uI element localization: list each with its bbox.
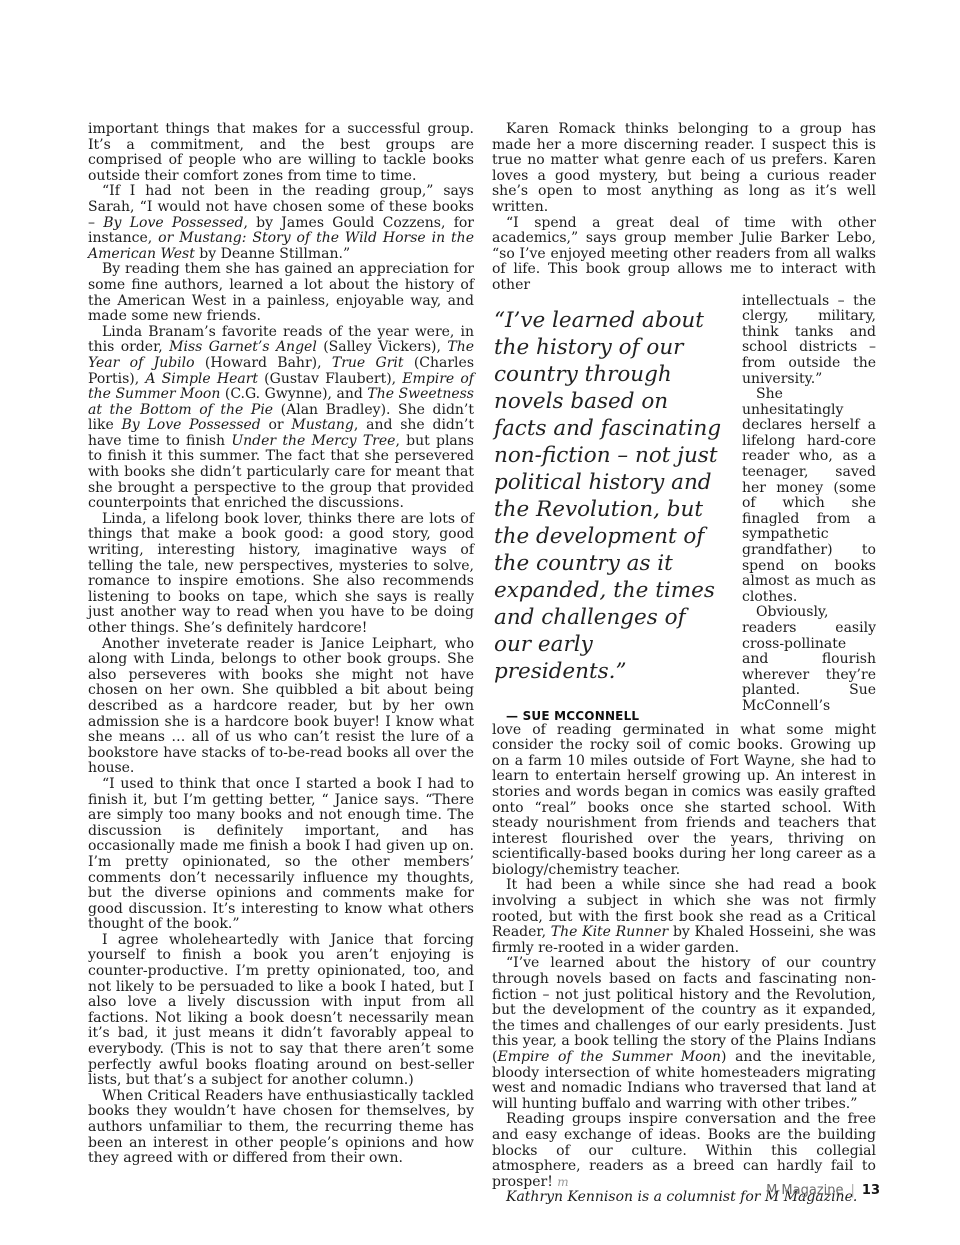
pull-quote: “I’ve learned about the history of our c… bbox=[492, 294, 742, 723]
magazine-name: M Magazine bbox=[766, 1183, 843, 1198]
pull-quote-attribution: — SUE MCCONNELL bbox=[494, 709, 726, 723]
paragraph: Reading groups inspire conversation and … bbox=[492, 1112, 876, 1190]
paragraph: Linda Branam’s favorite reads of the yea… bbox=[88, 325, 474, 512]
paragraph: She unhesitatingly declares herself a li… bbox=[742, 387, 876, 605]
paragraph: When Critical Readers have enthusiastica… bbox=[88, 1089, 474, 1167]
paragraph: “I’ve learned about the history of our c… bbox=[492, 956, 876, 1112]
paragraph: Obviously, readers easily cross-pollinat… bbox=[742, 605, 876, 714]
paragraph: “I used to think that once I started a b… bbox=[88, 777, 474, 933]
side-column: intellectuals – the clergy, military, th… bbox=[742, 294, 876, 715]
pull-quote-text: “I’ve learned about the history of our c… bbox=[494, 307, 726, 685]
footer-separator: | bbox=[851, 1183, 855, 1198]
right-column: Karen Romack thinks belonging to a group… bbox=[492, 122, 876, 1206]
paragraph: It had been a while since she had read a… bbox=[492, 878, 876, 956]
right-column-continuation: love of reading germinated in what some … bbox=[492, 723, 876, 1206]
paragraph: Linda, a lifelong book lover, thinks the… bbox=[88, 512, 474, 637]
paragraph: Another inveterate reader is Janice Leip… bbox=[88, 637, 474, 777]
paragraph: “If I had not been in the reading group,… bbox=[88, 184, 474, 262]
paragraph: By reading them she has gained an apprec… bbox=[88, 262, 474, 324]
paragraph: Karen Romack thinks belonging to a group… bbox=[492, 122, 876, 216]
page-footer: M Magazine|13 bbox=[766, 1183, 880, 1198]
right-column-intro: Karen Romack thinks belonging to a group… bbox=[492, 122, 876, 294]
left-column: important things that makes for a succes… bbox=[88, 122, 474, 1167]
pullquote-row: “I’ve learned about the history of our c… bbox=[492, 294, 876, 723]
paragraph: I agree wholeheartedly with Janice that … bbox=[88, 933, 474, 1089]
paragraph: “I spend a great deal of time with other… bbox=[492, 216, 876, 294]
paragraph: love of reading germinated in what some … bbox=[492, 723, 876, 879]
magazine-page: important things that makes for a succes… bbox=[0, 0, 960, 1245]
paragraph: intellectuals – the clergy, military, th… bbox=[742, 294, 876, 388]
paragraph: important things that makes for a succes… bbox=[88, 122, 474, 184]
page-number: 13 bbox=[862, 1183, 880, 1198]
